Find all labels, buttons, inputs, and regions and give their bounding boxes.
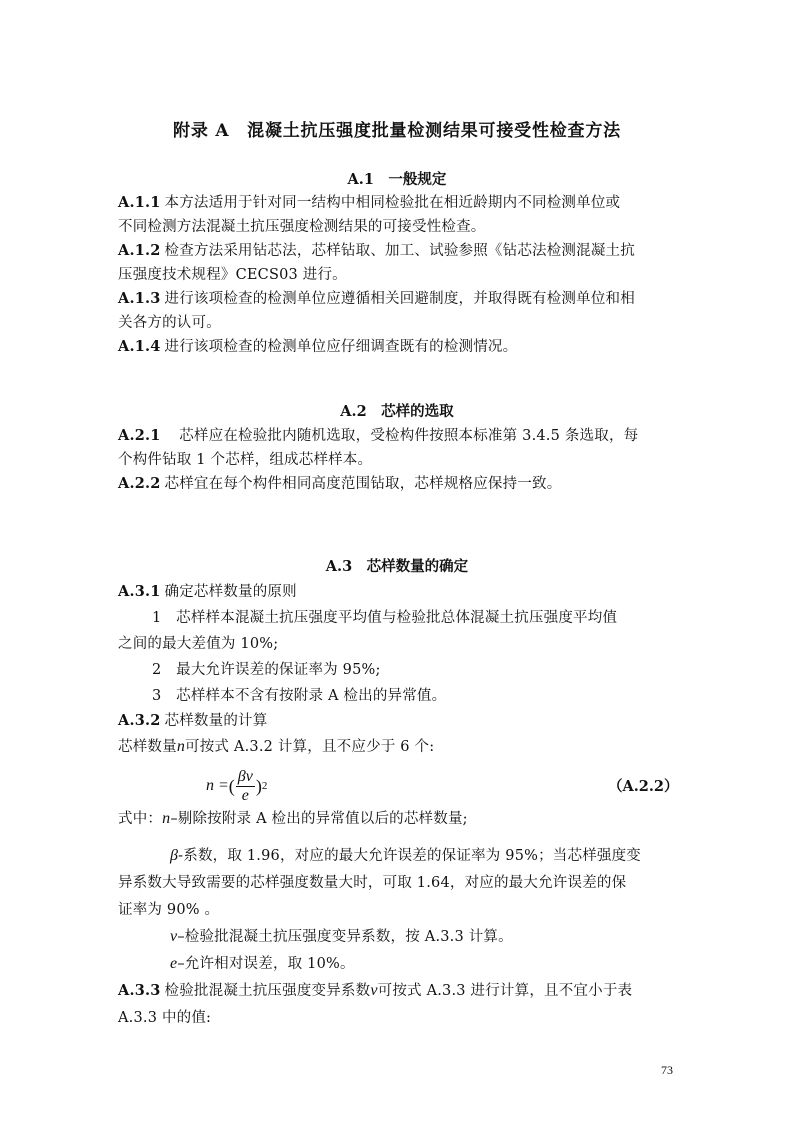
clause-text: 确定芯样数量的原则 xyxy=(165,584,297,600)
principle-number: 2 xyxy=(152,662,161,678)
clause-a1-3-line2: 关各方的认可。 xyxy=(118,313,678,333)
clause-number: A.3.3 xyxy=(118,982,161,999)
clause-text: 检查方法采用钻芯法，芯样钻取、加工、试验参照《钻芯法检测混凝土抗 xyxy=(165,243,635,259)
clause-a2-2-line1: A.2.2芯样宜在每个构件相同高度范围钻取，芯样规格应保持一致。 xyxy=(118,474,678,494)
clause-a3-3-line1: A.3.3检验批混凝土抗压强度变异系数v可按式 A.3.3 进行计算，且不宜小于… xyxy=(118,981,678,1001)
principle-2: 2 最大允许误差的保证率为 95%; xyxy=(152,660,712,680)
where-text: –允许相对误差，取 10%。 xyxy=(177,956,354,972)
page-number: 73 xyxy=(661,1063,673,1078)
clause-number: A.3.1 xyxy=(118,583,161,600)
clause-a1-2-line2: 压强度技术规程》CECS03 进行。 xyxy=(118,265,678,285)
clause-number: A.2.2 xyxy=(118,475,161,492)
formula-numerator: βv xyxy=(236,768,255,787)
clause-a3-1: A.3.1确定芯样数量的原则 xyxy=(118,582,678,602)
clause-number: A.3.2 xyxy=(118,712,161,729)
where-e: e–允许相对误差，取 10%。 xyxy=(170,954,730,974)
section-heading-a3: A.3 芯样数量的确定 xyxy=(0,557,794,577)
where-v: v–检验批混凝土抗压强度变异系数，按 A.3.3 计算。 xyxy=(170,927,730,947)
where-n: 式中：n–剔除按附录 A 检出的异常值以后的芯样数量; xyxy=(118,809,678,829)
intro-text: 可按式 A.3.2 计算，且不应少于 6 个: xyxy=(185,739,434,755)
formula-sample-count: n = ( βv e ) 2 xyxy=(206,766,267,806)
principle-number: 3 xyxy=(152,688,161,704)
variable-v: v xyxy=(370,982,377,999)
clause-text: 进行该项检查的检测单位应仔细调查既有的检测情况。 xyxy=(165,339,518,355)
clause-text: 进行该项检查的检测单位应遵循相关回避制度，并取得既有检测单位和相 xyxy=(165,291,635,307)
clause-a1-1-line2: 不同检测方法混凝土抗压强度检测结果的可接受性检查。 xyxy=(118,217,678,237)
a3-2-intro: 芯样数量n可按式 A.3.2 计算，且不应少于 6 个: xyxy=(118,737,678,757)
clause-number: A.2.1 xyxy=(118,427,161,444)
formula-exponent: 2 xyxy=(262,780,268,792)
clause-text: 可按式 A.3.3 进行计算，且不宜小于表 xyxy=(378,983,633,999)
variable-beta: β xyxy=(170,847,178,864)
clause-a2-1-line2: 个构件钻取 1 个芯样，组成芯样样本。 xyxy=(118,450,678,470)
principle-number: 1 xyxy=(152,610,161,626)
section-heading-a1: A.1 一般规定 xyxy=(0,170,794,190)
where-text: –检验批混凝土抗压强度变异系数，按 A.3.3 计算。 xyxy=(177,929,513,945)
where-text: –剔除按附录 A 检出的异常值以后的芯样数量; xyxy=(170,811,467,827)
where-beta-line1: β-系数，取 1.96，对应的最大允许误差的保证率为 95%；当芯样强度变 xyxy=(170,846,730,866)
principle-3: 3 芯样样本不含有按附录 A 检出的异常值。 xyxy=(152,686,712,706)
where-beta-line3: 证率为 90% 。 xyxy=(118,900,678,920)
clause-a2-1-line1: A.2.1 芯样应在检验批内随机选取，受检构件按照本标准第 3.4.5 条选取，… xyxy=(118,426,678,446)
appendix-title: 附录 A 混凝土抗压强度批量检测结果可接受性检查方法 xyxy=(0,116,794,141)
principle-text: 芯样样本不含有按附录 A 检出的异常值。 xyxy=(176,688,446,704)
formula-paren-open: ( xyxy=(229,776,235,797)
formula-fraction: βv e xyxy=(236,768,255,805)
formula-lhs: n = xyxy=(206,777,229,795)
where-prefix: 式中： xyxy=(118,811,162,827)
section-heading-a2: A.2 芯样的选取 xyxy=(0,402,794,422)
formula-denominator: e xyxy=(242,787,249,805)
clause-text: 检验批混凝土抗压强度变异系数 xyxy=(165,983,371,999)
principle-1-line2: 之间的最大差值为 10%; xyxy=(118,634,678,654)
where-text: -系数，取 1.96，对应的最大允许误差的保证率为 95%；当芯样强度变 xyxy=(178,848,641,864)
clause-number: A.1.4 xyxy=(118,338,161,355)
principle-text: 最大允许误差的保证率为 95%; xyxy=(176,662,380,678)
clause-a1-3-line1: A.1.3进行该项检查的检测单位应遵循相关回避制度，并取得既有检测单位和相 xyxy=(118,289,678,309)
clause-number: A.1.2 xyxy=(118,242,161,259)
clause-text: 芯样宜在每个构件相同高度范围钻取，芯样规格应保持一致。 xyxy=(165,476,562,492)
intro-text: 芯样数量 xyxy=(118,739,177,755)
clause-a1-4-line1: A.1.4进行该项检查的检测单位应仔细调查既有的检测情况。 xyxy=(118,337,678,357)
document-page: 附录 A 混凝土抗压强度批量检测结果可接受性检查方法 A.1 一般规定 A.1.… xyxy=(0,0,794,1123)
clause-number: A.1.3 xyxy=(118,290,161,307)
where-beta-line2: 异系数大导致需要的芯样强度数量大时，可取 1.64，对应的最大允许误差的保 xyxy=(118,873,678,893)
clause-text: 芯样数量的计算 xyxy=(165,713,268,729)
equation-number: （A.2.2） xyxy=(608,775,679,796)
clause-a3-2: A.3.2芯样数量的计算 xyxy=(118,711,678,731)
clause-a1-1-line1: A.1.1本方法适用于针对同一结构中相同检验批在相近龄期内不同检测单位或 xyxy=(118,193,678,213)
clause-a3-3-line2: A.3.3 中的值: xyxy=(118,1008,678,1028)
clause-a1-2-line1: A.1.2检查方法采用钻芯法，芯样钻取、加工、试验参照《钻芯法检测混凝土抗 xyxy=(118,241,678,261)
principle-1-line1: 1 芯样样本混凝土抗压强度平均值与检验批总体混凝土抗压强度平均值 xyxy=(152,608,712,628)
clause-text: 本方法适用于针对同一结构中相同检验批在相近龄期内不同检测单位或 xyxy=(165,195,621,211)
clause-text: 芯样应在检验批内随机选取，受检构件按照本标准第 3.4.5 条选取，每 xyxy=(165,428,639,444)
clause-number: A.1.1 xyxy=(118,194,161,211)
principle-text: 芯样样本混凝土抗压强度平均值与检验批总体混凝土抗压强度平均值 xyxy=(176,610,617,626)
variable-n: n xyxy=(177,738,185,755)
